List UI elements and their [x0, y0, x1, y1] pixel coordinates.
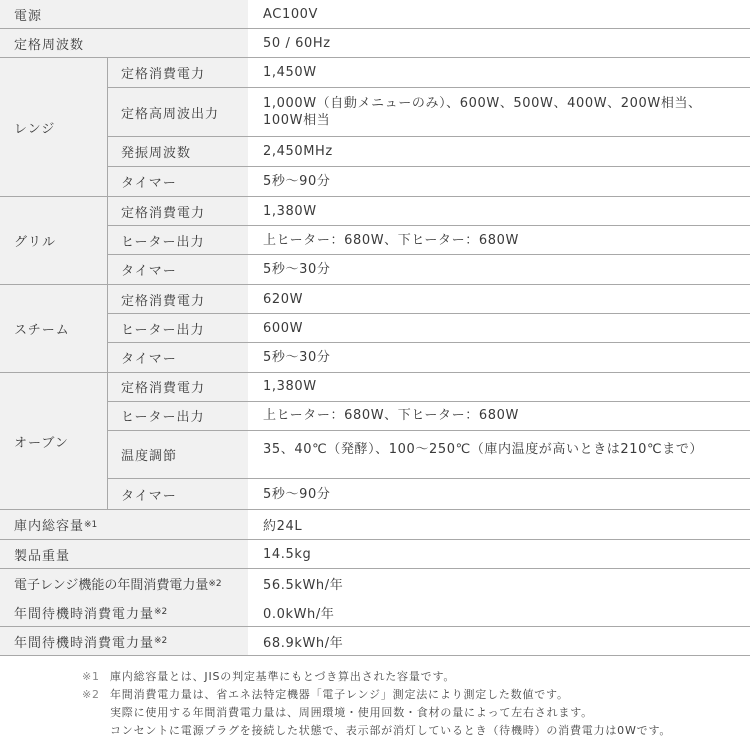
row-value: 0.0kWh/年: [248, 598, 750, 626]
sub-row-label: 発振周波数: [108, 137, 248, 166]
spec-group-steam: スチーム 定格消費電力 620W ヒーター出力 600W タイマー 5秒〜30分: [0, 285, 750, 373]
row-value: 56.5kWh/年: [248, 569, 750, 598]
sub-row: 定格消費電力 1,380W: [108, 373, 750, 402]
sub-row-value: 5秒〜30分: [248, 343, 750, 372]
row-label: 定格周波数: [0, 29, 248, 57]
sub-row: 定格消費電力 1,380W: [108, 197, 750, 226]
footnote-ref: ※1: [84, 520, 97, 530]
sub-row-label: 定格消費電力: [108, 373, 248, 401]
footnote-text: 庫内総容量とは、JISの判定基準にもとづき算出された容量です。: [110, 668, 455, 686]
sub-row-label: ヒーター出力: [108, 226, 248, 254]
sub-row: 発振周波数 2,450MHz: [108, 137, 750, 167]
sub-row: タイマー 5秒〜90分: [108, 479, 750, 509]
sub-row-value: 5秒〜90分: [248, 167, 750, 196]
sub-row-value: 5秒〜90分: [248, 479, 750, 509]
sub-row: 温度調節 35、40℃（発酵）、100〜250℃（庫内温度が高いときは210℃ま…: [108, 431, 750, 480]
row-value: 50 / 60Hz: [248, 29, 750, 57]
sub-row-label: 定格高周波出力: [108, 88, 248, 136]
footnote-ref: ※2: [154, 607, 167, 617]
sub-row: ヒーター出力 600W: [108, 314, 750, 343]
sub-row: タイマー 5秒〜30分: [108, 343, 750, 372]
group-name: オーブン: [0, 373, 108, 509]
sub-row-value: 2,450MHz: [248, 137, 750, 166]
footnote-text: 年間消費電力量は、省エネ法特定機器「電子レンジ」測定法により測定した数値です。: [110, 686, 569, 704]
footnote-ref: ※2: [208, 579, 221, 589]
sub-row-value: 1,380W: [248, 197, 750, 225]
sub-row-value: 600W: [248, 314, 750, 342]
group-name: スチーム: [0, 285, 108, 372]
spec-table: 電源 AC100V 定格周波数 50 / 60Hz レンジ 定格消費電力 1,4…: [0, 0, 750, 656]
sub-row-label: タイマー: [108, 343, 248, 372]
sub-row-value: 1,380W: [248, 373, 750, 401]
sub-row-label: ヒーター出力: [108, 314, 248, 342]
footnote-mark: ※2: [82, 686, 110, 704]
row-value: 68.9kWh/年: [248, 627, 750, 655]
footnote-1: ※1 庫内総容量とは、JISの判定基準にもとづき算出された容量です。: [82, 668, 671, 686]
row-label: 庫内総容量※1: [0, 510, 248, 539]
spec-group-grill: グリル 定格消費電力 1,380W ヒーター出力 上ヒーター：680W、下ヒータ…: [0, 197, 750, 285]
spec-row-power-source: 電源 AC100V: [0, 0, 750, 29]
sub-row: ヒーター出力 上ヒーター：680W、下ヒーター：680W: [108, 226, 750, 255]
spec-row-weight: 製品重量 14.5kg: [0, 540, 750, 569]
row-value: 14.5kg: [248, 540, 750, 568]
sub-row-value: 1,450W: [248, 58, 750, 87]
row-value: 約24L: [248, 510, 750, 539]
sub-row-value: 620W: [248, 285, 750, 313]
footnote-ref: ※2: [154, 636, 167, 646]
footnote-2: ※2 年間消費電力量は、省エネ法特定機器「電子レンジ」測定法により測定した数値で…: [82, 686, 671, 704]
footnotes: ※1 庫内総容量とは、JISの判定基準にもとづき算出された容量です。 ※2 年間…: [82, 668, 671, 740]
sub-row-value: 上ヒーター：680W、下ヒーター：680W: [248, 226, 750, 254]
row-value: AC100V: [248, 0, 750, 28]
spec-row-annual-standby-power-2: 年間待機時消費電力量※2 68.9kWh/年: [0, 627, 750, 656]
sub-row-value: 5秒〜30分: [248, 255, 750, 284]
row-label: 製品重量: [0, 540, 248, 568]
sub-row: ヒーター出力 上ヒーター：680W、下ヒーター：680W: [108, 402, 750, 431]
sub-row-label: 温度調節: [108, 431, 248, 479]
sub-row-label: 定格消費電力: [108, 285, 248, 313]
spec-row-annual-standby-power: 年間待機時消費電力量※2 0.0kWh/年: [0, 598, 750, 627]
spec-row-annual-power-microwave: 電子レンジ機能の年間消費電力量※2 56.5kWh/年: [0, 569, 750, 598]
sub-row-value: 1,000W（自動メニューのみ）、600W、500W、400W、200W相当、1…: [248, 88, 750, 136]
footnote-2-line-2: 実際に使用する年間消費電力量は、周囲環境・使用回数・食材の量によって左右されます…: [82, 704, 671, 722]
footnote-2-line-3: コンセントに電源プラグを接続した状態で、表示部が消灯しているとき（待機時）の消費…: [82, 722, 671, 740]
sub-row: 定格消費電力 1,450W: [108, 58, 750, 88]
sub-row-label: タイマー: [108, 167, 248, 196]
sub-row-label: 定格消費電力: [108, 197, 248, 225]
sub-row-label: タイマー: [108, 479, 248, 509]
sub-row-value: 上ヒーター：680W、下ヒーター：680W: [248, 402, 750, 430]
sub-row: タイマー 5秒〜30分: [108, 255, 750, 284]
row-label: 電源: [0, 0, 248, 28]
row-label: 年間待機時消費電力量※2: [0, 598, 248, 626]
sub-row: タイマー 5秒〜90分: [108, 167, 750, 196]
group-name: レンジ: [0, 58, 108, 196]
sub-row-label: ヒーター出力: [108, 402, 248, 430]
footnote-mark: ※1: [82, 668, 110, 686]
sub-row: 定格消費電力 620W: [108, 285, 750, 314]
spec-row-capacity: 庫内総容量※1 約24L: [0, 510, 750, 540]
group-name: グリル: [0, 197, 108, 284]
sub-row-label: タイマー: [108, 255, 248, 284]
row-label: 年間待機時消費電力量※2: [0, 627, 248, 655]
row-label: 電子レンジ機能の年間消費電力量※2: [0, 569, 248, 598]
sub-row-label: 定格消費電力: [108, 58, 248, 87]
spec-group-oven: オーブン 定格消費電力 1,380W ヒーター出力 上ヒーター：680W、下ヒー…: [0, 373, 750, 510]
spec-row-frequency: 定格周波数 50 / 60Hz: [0, 29, 750, 58]
sub-row: 定格高周波出力 1,000W（自動メニューのみ）、600W、500W、400W、…: [108, 88, 750, 137]
spec-group-range: レンジ 定格消費電力 1,450W 定格高周波出力 1,000W（自動メニューの…: [0, 58, 750, 197]
sub-row-value: 35、40℃（発酵）、100〜250℃（庫内温度が高いときは210℃まで）: [248, 431, 750, 479]
